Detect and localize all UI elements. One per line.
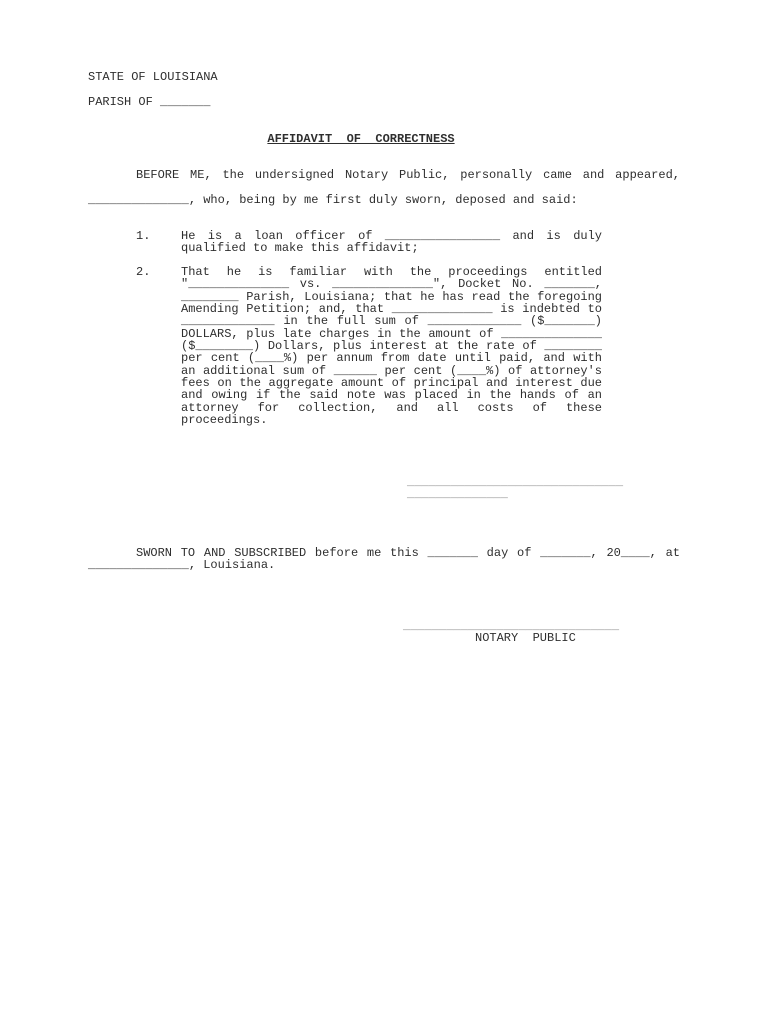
- parish-text: PARISH OF _______: [88, 96, 210, 108]
- item-1-paragraph: He is a loan officer of ________________…: [181, 230, 602, 255]
- notary-public-label: NOTARY PUBLIC: [403, 632, 619, 644]
- item-1-number-text: 1.: [136, 230, 166, 242]
- text-line: ______________: [407, 488, 623, 500]
- text-line: _____________ in the full sum of _______…: [181, 315, 602, 327]
- opening-paragraph: BEFORE ME, the undersigned Notary Public…: [88, 169, 680, 218]
- state-text: STATE OF LOUISIANA: [88, 71, 218, 83]
- text-line: ______________, Louisiana.: [88, 559, 680, 571]
- text-line: and owing if the said note was placed in…: [181, 389, 602, 401]
- text-line: ______________, who, being by me first d…: [88, 194, 680, 206]
- parish-line: PARISH OF _______: [88, 96, 210, 108]
- item-2-paragraph: That he is familiar with the proceedings…: [181, 266, 602, 426]
- text-line: proceedings.: [181, 414, 602, 426]
- document-title-text: AFFIDAVIT OF CORRECTNESS: [267, 132, 454, 146]
- state-line: STATE OF LOUISIANA: [88, 71, 218, 83]
- affidavit-document-page: STATE OF LOUISIANA PARISH OF _______ AFF…: [0, 0, 770, 1024]
- sworn-clause: SWORN TO AND SUBSCRIBED before me this _…: [88, 547, 680, 572]
- document-title: AFFIDAVIT OF CORRECTNESS: [88, 132, 680, 146]
- item-1-number: 1.: [136, 230, 166, 242]
- text-line: per cent (____%) per annum from date unt…: [181, 352, 602, 364]
- item-2-number-text: 2.: [136, 266, 166, 278]
- item-2-number: 2.: [136, 266, 166, 278]
- text-line: qualified to make this affidavit;: [181, 242, 602, 254]
- notary-signature-area: ______________________________ NOTARY PU…: [403, 620, 619, 645]
- text-line: BEFORE ME, the undersigned Notary Public…: [88, 169, 680, 181]
- affiant-signature-lines: ________________________________________…: [407, 476, 623, 501]
- text-line: "______________ vs. ______________", Doc…: [181, 278, 602, 290]
